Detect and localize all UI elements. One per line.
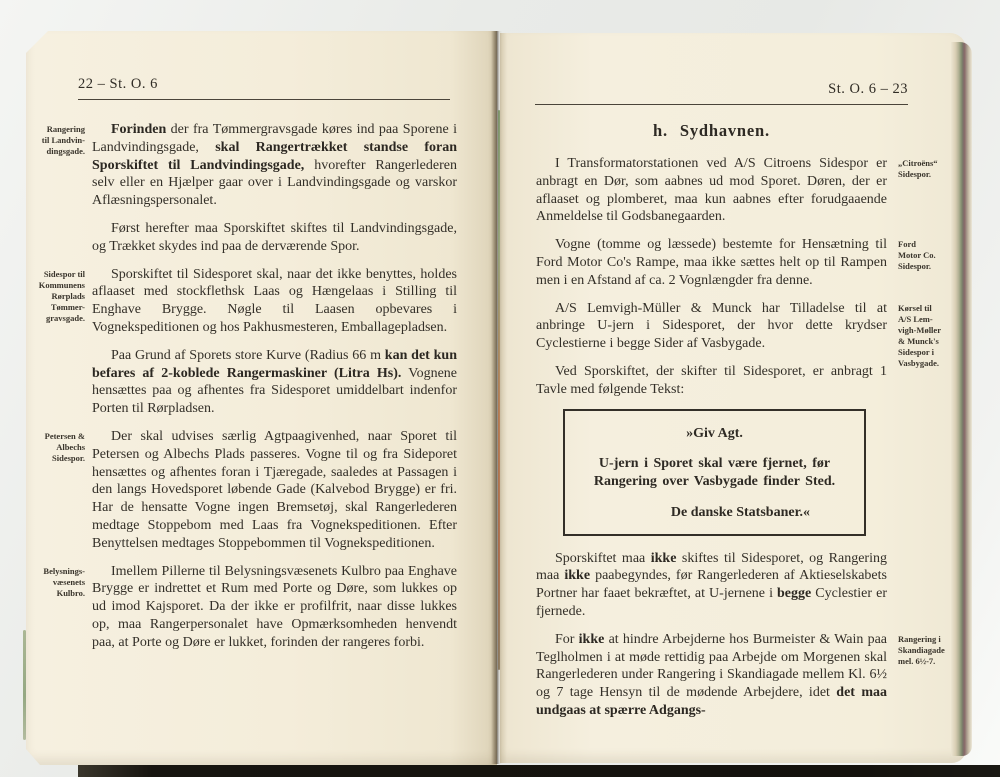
bottom-scan-shadow [78,765,1000,777]
right-page-body-lower: Sporskiftet maa ikke skiftes til Sidespo… [536,550,887,720]
notice-line-1: »Giv Agt. [577,426,852,442]
scanned-book-spread: 22 – St. O. 6 Rangering til Landvin- din… [0,0,1000,777]
right-page-body: h. Sydhavnen. „Citroëns“ Sidespor.I Tran… [536,121,887,730]
text-section: Belysnings- væsenets Kulbro.Imellem Pill… [92,563,457,652]
left-edge-page-sliver [23,630,26,740]
text-section: Først herefter maa Sporskiftet skiftes t… [92,220,457,256]
body-paragraph: Vogne (tomme og læssede) bestemte for He… [536,236,887,289]
right-page-header: St. O. 6 – 23 [535,81,908,105]
body-paragraph: Først herefter maa Sporskiftet skiftes t… [92,220,457,256]
body-paragraph: For ikke at hindre Arbejderne hos Burmei… [536,631,887,720]
right-page: St. O. 6 – 23 h. Sydhavnen. „Citroëns“ S… [500,33,966,763]
right-page-body-upper: „Citroëns“ Sidespor.I Transformatorstati… [536,155,887,399]
margin-note: Rangering til Landvin- dingsgade. [30,124,85,157]
margin-note: Sidespor til Kommunens Rørplads Tømmer- … [30,269,85,324]
page-fore-edge [951,42,972,756]
left-page: 22 – St. O. 6 Rangering til Landvin- din… [26,31,497,765]
body-paragraph: Sporskiftet maa ikke skiftes til Sidespo… [536,550,887,621]
body-paragraph: Ved Sporskiftet, der skifter til Sidespo… [536,363,887,399]
notice-line-2: U-jern i Sporet skal være fjernet, før R… [577,455,852,492]
left-page-body: Rangering til Landvin- dingsgade.Forinde… [92,121,457,662]
text-section: Paa Grund af Sporets store Kurve (Radius… [92,347,457,418]
margin-note: Belysnings- væsenets Kulbro. [30,566,85,599]
text-section: Ved Sporskiftet, der skifter til Sidespo… [536,363,887,399]
notice-box: »Giv Agt. U-jern i Sporet skal være fjer… [563,409,866,536]
text-section: Petersen & Albechs Sidespor.Der skal udv… [92,428,457,553]
text-section: Sidespor til Kommunens Rørplads Tømmer- … [92,266,457,337]
text-section: Kørsel til A/S Lem- vigh-Møller & Munck'… [536,300,887,353]
body-paragraph: I Transformatorstationen ved A/S Citroen… [536,155,887,226]
book-spine-gutter [491,31,502,764]
body-paragraph: Imellem Pillerne til Belysningsvæsenets … [92,563,457,652]
notice-line-3: De danske Statsbaner.« [577,505,852,521]
body-paragraph: Forinden der fra Tømmergravsgade køres i… [92,121,457,210]
text-section: Rangering i Skandiagade mel. 6½-7.For ik… [536,631,887,720]
body-paragraph: Der skal udvises særlig Agtpaagivenhed, … [92,428,457,553]
text-section: „Citroëns“ Sidespor.I Transformatorstati… [536,155,887,226]
body-paragraph: Paa Grund af Sporets store Kurve (Radius… [92,347,457,418]
left-page-header: 22 – St. O. 6 [78,76,450,100]
body-paragraph: A/S Lemvigh-Müller & Munck har Tilladels… [536,300,887,353]
text-section: Ford Motor Co. Sidespor.Vogne (tomme og … [536,236,887,289]
spine-binding-thread [498,110,500,670]
text-section: Sporskiftet maa ikke skiftes til Sidespo… [536,550,887,621]
text-section: Rangering til Landvin- dingsgade.Forinde… [92,121,457,210]
margin-note: Petersen & Albechs Sidespor. [30,431,85,464]
section-heading: h. Sydhavnen. [536,121,887,141]
body-paragraph: Sporskiftet til Sidesporet skal, naar de… [92,266,457,337]
